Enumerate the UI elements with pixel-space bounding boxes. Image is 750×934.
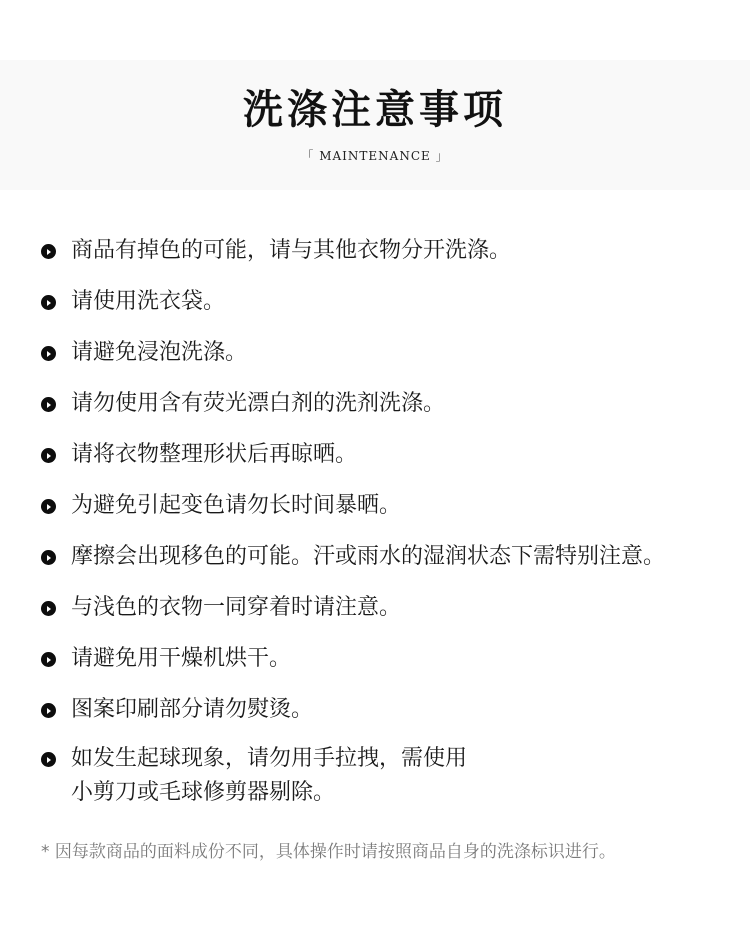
play-circle-icon (41, 448, 56, 463)
list-item-text: 请将衣物整理形状后再晾晒。 (71, 436, 750, 474)
list-item: 如发生起球现象，请勿用手拉拽，需使用 小剪刀或毛球修剪器剔除。 (40, 742, 750, 810)
list-item-text: 商品有掉色的可能，请与其他衣物分开洗涤。 (71, 232, 750, 270)
list-item: 与浅色的衣物一同穿着时请注意。 (40, 589, 750, 627)
play-circle-icon (41, 244, 56, 259)
list-item-text: 如发生起球现象，请勿用手拉拽，需使用 (71, 742, 750, 776)
list-item-text: 请避免用干燥机烘干。 (71, 640, 750, 678)
list-item: 请避免浸泡洗涤。 (40, 334, 750, 372)
page-subtitle: 「 MAINTENANCE 」 (0, 148, 750, 164)
list-item: 为避免引起变色请勿长时间暴晒。 (40, 487, 750, 525)
play-circle-icon (41, 703, 56, 718)
list-item-text: 与浅色的衣物一同穿着时请注意。 (71, 589, 750, 627)
list-item: 图案印刷部分请勿熨烫。 (40, 691, 750, 729)
list-item-text: 摩擦会出现移色的可能。汗或雨水的湿润状态下需特别注意。 (71, 538, 750, 576)
page-title: 洗涤注意事项 (0, 85, 750, 135)
play-circle-icon (41, 346, 56, 361)
footnote: * 因每款商品的面料成份不同，具体操作时请按照商品自身的洗涤标识进行。 (41, 840, 616, 864)
list-item: 请避免用干燥机烘干。 (40, 640, 750, 678)
play-circle-icon (41, 752, 56, 767)
play-circle-icon (41, 652, 56, 667)
play-circle-icon (41, 499, 56, 514)
list-item: 请勿使用含有荧光漂白剂的洗剂洗涤。 (40, 385, 750, 423)
list-item-text: 请使用洗衣袋。 (71, 283, 750, 321)
list-item: 请使用洗衣袋。 (40, 283, 750, 321)
list-item-text: 图案印刷部分请勿熨烫。 (71, 691, 750, 729)
list-item: 摩擦会出现移色的可能。汗或雨水的湿润状态下需特别注意。 (40, 538, 750, 576)
maintenance-list: 商品有掉色的可能，请与其他衣物分开洗涤。 请使用洗衣袋。 请避免浸泡洗涤。 请勿… (40, 232, 750, 823)
play-circle-icon (41, 295, 56, 310)
list-item-text: 为避免引起变色请勿长时间暴晒。 (71, 487, 750, 525)
list-item: 请将衣物整理形状后再晾晒。 (40, 436, 750, 474)
play-circle-icon (41, 601, 56, 616)
list-item: 商品有掉色的可能，请与其他衣物分开洗涤。 (40, 232, 750, 270)
play-circle-icon (41, 550, 56, 565)
play-circle-icon (41, 397, 56, 412)
list-item-text: 请避免浸泡洗涤。 (71, 334, 750, 372)
list-item-text-continued: 小剪刀或毛球修剪器剔除。 (71, 776, 750, 810)
list-item-text: 请勿使用含有荧光漂白剂的洗剂洗涤。 (71, 385, 750, 423)
